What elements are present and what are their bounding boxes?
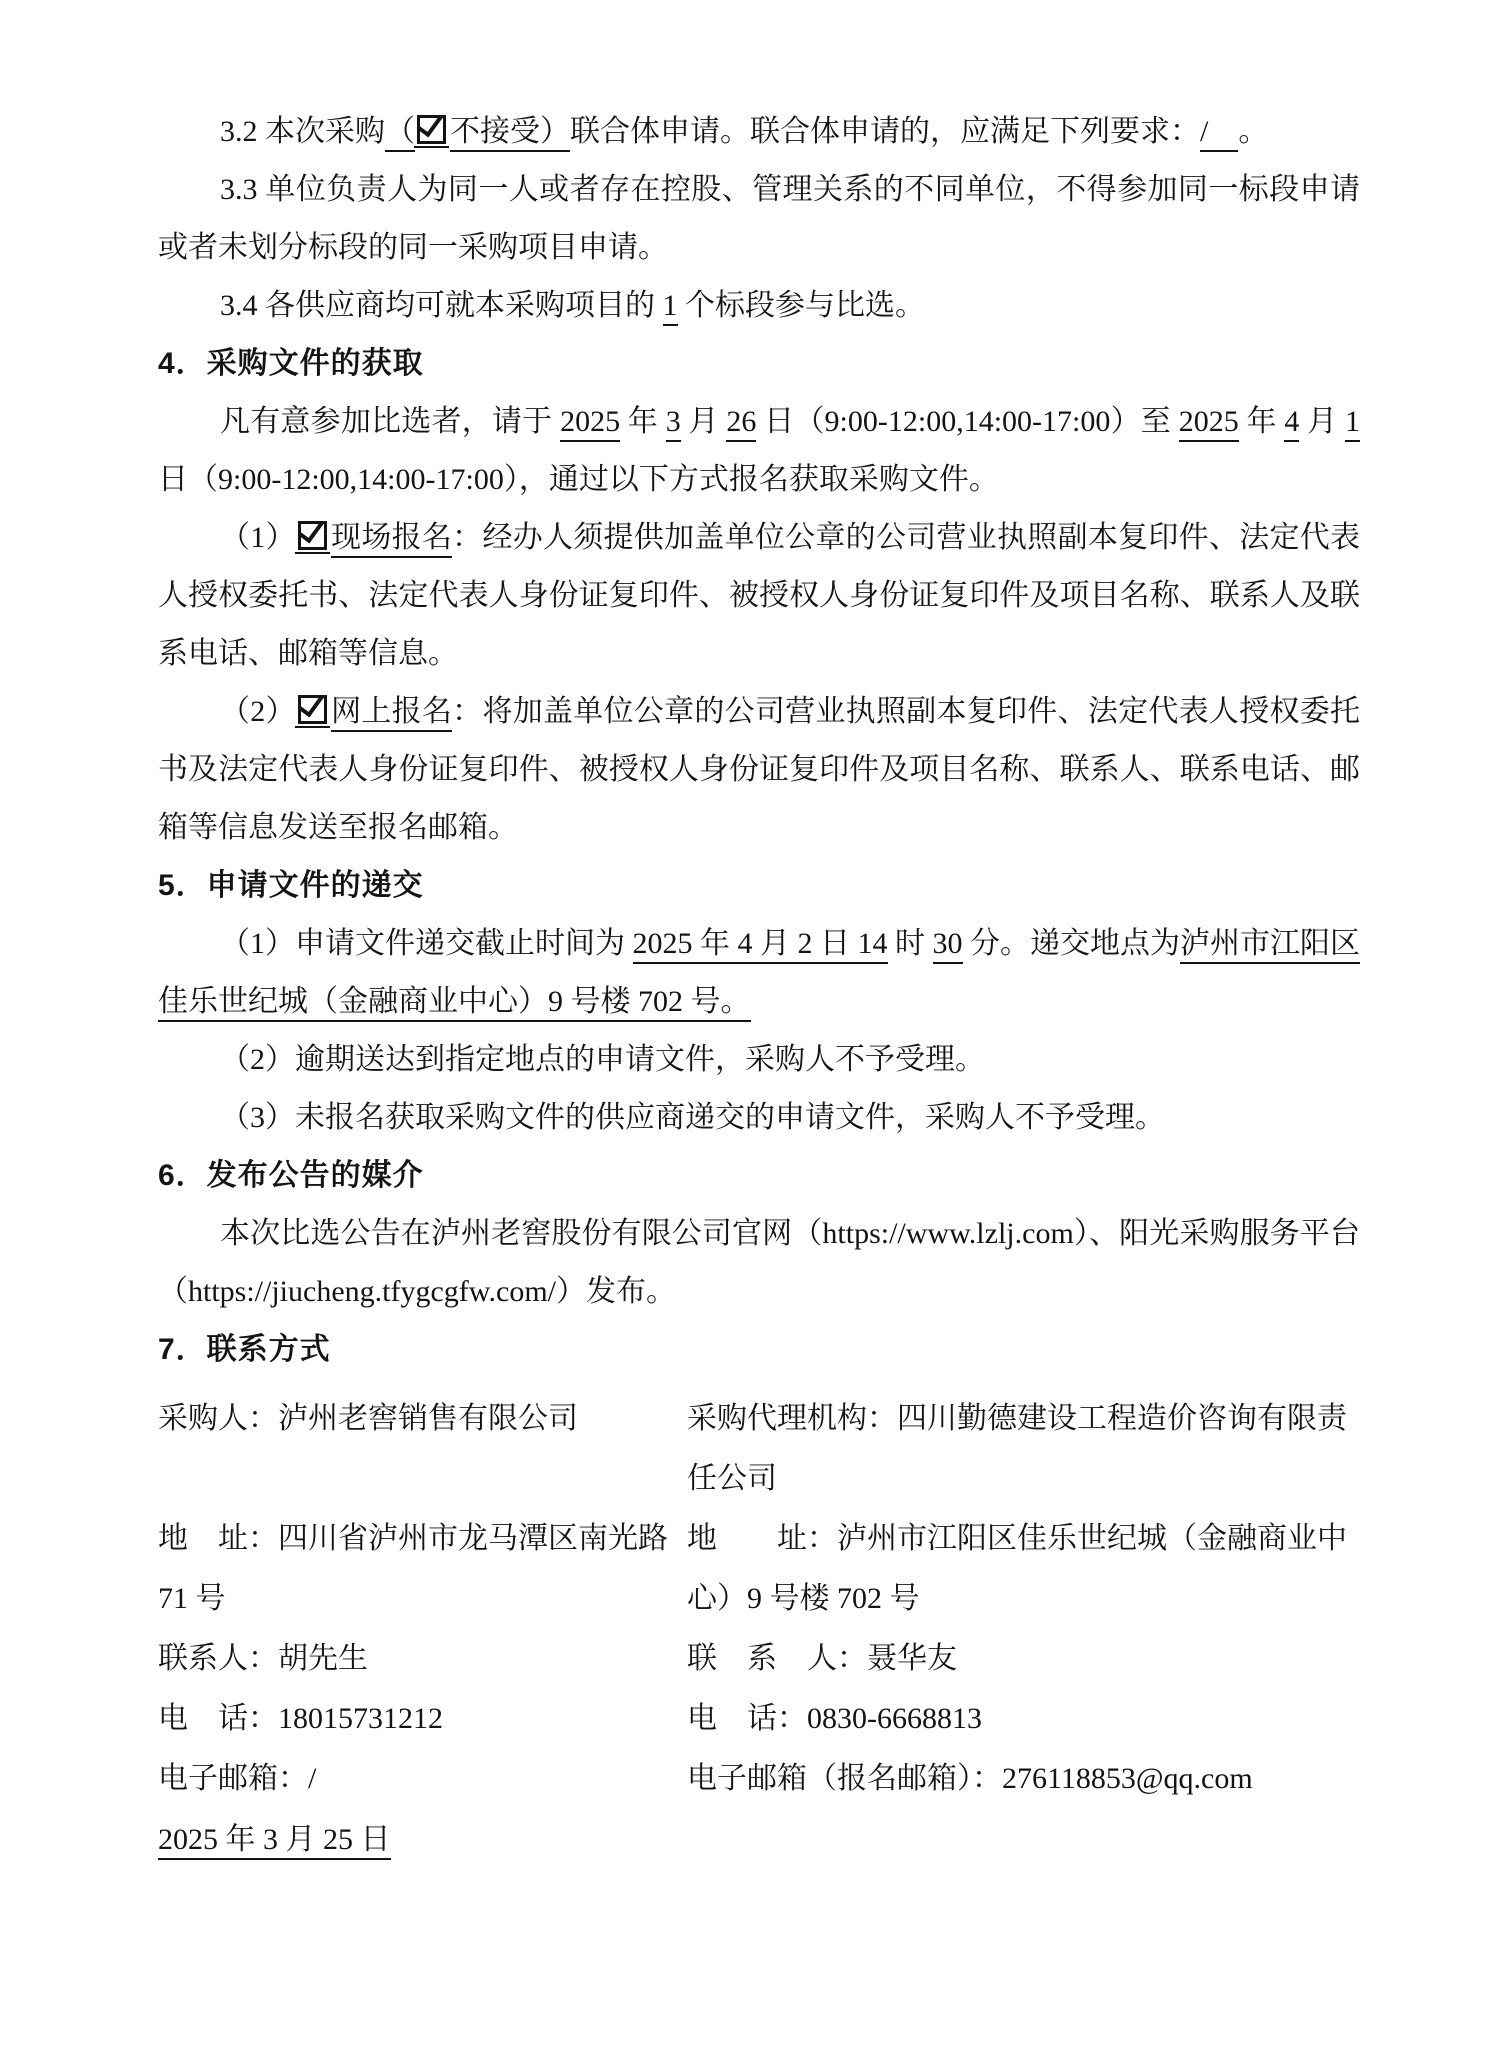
section-4-heading: 4．采购文件的获取 [158,335,1360,393]
agency-name: 采购代理机构：四川勤德建设工程造价咨询有限责任公司 [687,1389,1360,1509]
para-submission-late: （2）逾期送达到指定地点的申请文件，采购人不予受理。 [158,1031,1360,1089]
text-run: 电子邮箱（报名邮箱）：276118853@qq.com [687,1762,1253,1795]
text-run: 年 [1239,405,1285,438]
text-run: 个标段参与比选。 [678,289,926,322]
section-6-heading: 6．发布公告的媒介 [158,1147,1360,1205]
text-run: （1）申请文件递交截止时间为 [220,927,633,960]
text-run: 年 [620,405,666,438]
text-run: 。 [1238,115,1268,148]
text-run: 月 [681,405,727,438]
para-acquisition-online: （2）网上报名：将加盖单位公章的公司营业执照副本复印件、法定代表人授权委托书及法… [158,683,1360,857]
purchaser-address: 地 址：四川省泸州市龙马潭区南光路 71 号 [158,1509,687,1629]
underlined-text: 不接受） [450,115,570,152]
text-run: 采购代理机构：四川勤德建设工程造价咨询有限责任公司 [687,1402,1347,1495]
contact-row-person: 联系人：胡先生 联 系 人：聂华友 [158,1629,1360,1689]
para-submission-deadline: （1）申请文件递交截止时间为 2025 年 4 月 2 日 14 时 30 分。… [158,915,1360,1031]
text-run: （2）逾期送达到指定地点的申请文件，采购人不予受理。 [220,1043,985,1076]
underlined-text: 2025 年 3 月 25 日 [158,1823,391,1860]
underlined-text: （ [385,115,415,152]
text-run: 电子邮箱：/ [158,1762,316,1795]
underlined-text: / [1200,115,1238,152]
text-run: 地 址：泸州市江阳区佳乐世纪城（金融商业中心）9 号楼 702 号 [687,1522,1347,1615]
purchaser-phone: 电 话：18015731212 [158,1689,687,1749]
text-run: 联系人：胡先生 [158,1642,368,1675]
text-run: 3.2 本次采购 [220,115,385,148]
contact-row-phone: 电 话：18015731212 电 话：0830-6668813 [158,1689,1360,1749]
purchaser-contact-person: 联系人：胡先生 [158,1629,687,1689]
checked-checkbox-icon [417,115,446,144]
announcement-date: 2025 年 3 月 25 日 [158,1809,1360,1871]
para-acquisition-intro: 凡有意参加比选者，请于 2025 年 3 月 26 日（9:00-12:00,1… [158,393,1360,509]
underlined-text: 3 [666,405,681,442]
agency-address: 地 址：泸州市江阳区佳乐世纪城（金融商业中心）9 号楼 702 号 [687,1509,1360,1629]
para-submission-unregistered: （3）未报名获取采购文件的供应商递交的申请文件，采购人不予受理。 [158,1089,1360,1147]
text-run: 联 系 人：聂华友 [687,1642,957,1675]
text-run: 电 话：18015731212 [158,1702,443,1735]
text-run: 日（9:00-12:00,14:00-17:00），通过以下方式报名获取采购文件… [158,463,999,496]
text-run: 电 话：0830-6668813 [687,1702,982,1735]
section-7-heading: 7．联系方式 [158,1321,1360,1379]
text-run: 采购人：泸州老窖销售有限公司 [158,1402,578,1435]
document-page: 3.2 本次采购（不接受）联合体申请。联合体申请的，应满足下列要求：/ 。 3.… [0,0,1500,2049]
text-run: （3）未报名获取采购文件的供应商递交的申请文件，采购人不予受理。 [220,1101,1165,1134]
checked-checkbox-icon [298,695,327,724]
underlined-text: 4 [1284,405,1299,442]
text-run: 凡有意参加比选者，请于 [220,405,560,438]
section-5-heading: 5．申请文件的递交 [158,857,1360,915]
text-run: 本次比选公告在泸州老窖股份有限公司官网（https://www.lzlj.com… [158,1217,1360,1308]
underlined-text: 1 [663,289,678,326]
underlined-text: 30 [933,927,963,964]
text-run: （2） [220,695,296,728]
text-run: 月 [1299,405,1345,438]
document-body: 3.2 本次采购（不接受）联合体申请。联合体申请的，应满足下列要求：/ 。 3.… [0,0,1500,1871]
contact-row-email: 电子邮箱：/ 电子邮箱（报名邮箱）：276118853@qq.com [158,1749,1360,1809]
para-acquisition-onsite: （1）现场报名：经办人须提供加盖单位公章的公司营业执照副本复印件、法定代表人授权… [158,509,1360,683]
text-run: 时 [888,927,933,960]
clause-3-4: 3.4 各供应商均可就本采购项目的 1 个标段参与比选。 [158,277,1360,335]
contact-row-name: 采购人：泸州老窖销售有限公司 采购代理机构：四川勤德建设工程造价咨询有限责任公司 [158,1389,1360,1509]
agency-contact-person: 联 系 人：聂华友 [687,1629,1360,1689]
underlined-text: 1 [1345,405,1360,442]
text-run: 分。递交地点为 [963,927,1181,960]
purchaser-email: 电子邮箱：/ [158,1749,687,1809]
purchaser-name: 采购人：泸州老窖销售有限公司 [158,1389,687,1449]
clause-3-2: 3.2 本次采购（不接受）联合体申请。联合体申请的，应满足下列要求：/ 。 [158,103,1360,161]
agency-email: 电子邮箱（报名邮箱）：276118853@qq.com [687,1749,1360,1809]
text-run: 日（9:00-12:00,14:00-17:00）至 [756,405,1178,438]
clause-3-3: 3.3 单位负责人为同一人或者存在控股、管理关系的不同单位，不得参加同一标段申请… [158,161,1360,277]
text-run: （1） [220,521,296,554]
text-run: 地 址：四川省泸州市龙马潭区南光路 71 号 [158,1522,668,1615]
checked-checkbox-icon [298,521,327,550]
underlined-text: 26 [726,405,756,442]
underlined-text: 现场报名 [331,521,452,558]
underlined-text: 2025 [1179,405,1239,442]
text-run: 3.4 各供应商均可就本采购项目的 [220,289,663,322]
agency-phone: 电 话：0830-6668813 [687,1689,1360,1749]
para-announcement-media: 本次比选公告在泸州老窖股份有限公司官网（https://www.lzlj.com… [158,1205,1360,1321]
contact-table: 采购人：泸州老窖销售有限公司 采购代理机构：四川勤德建设工程造价咨询有限责任公司… [158,1389,1360,1809]
contact-row-address: 地 址：四川省泸州市龙马潭区南光路 71 号 地 址：泸州市江阳区佳乐世纪城（金… [158,1509,1360,1629]
text-run: 3.3 单位负责人为同一人或者存在控股、管理关系的不同单位，不得参加同一标段申请… [158,173,1360,264]
text-run: 联合体申请。联合体申请的，应满足下列要求： [570,115,1200,148]
underlined-text: 2025 [560,405,620,442]
underlined-text: 2025 年 4 月 2 日 14 [633,927,888,964]
underlined-text: 网上报名 [331,695,452,732]
